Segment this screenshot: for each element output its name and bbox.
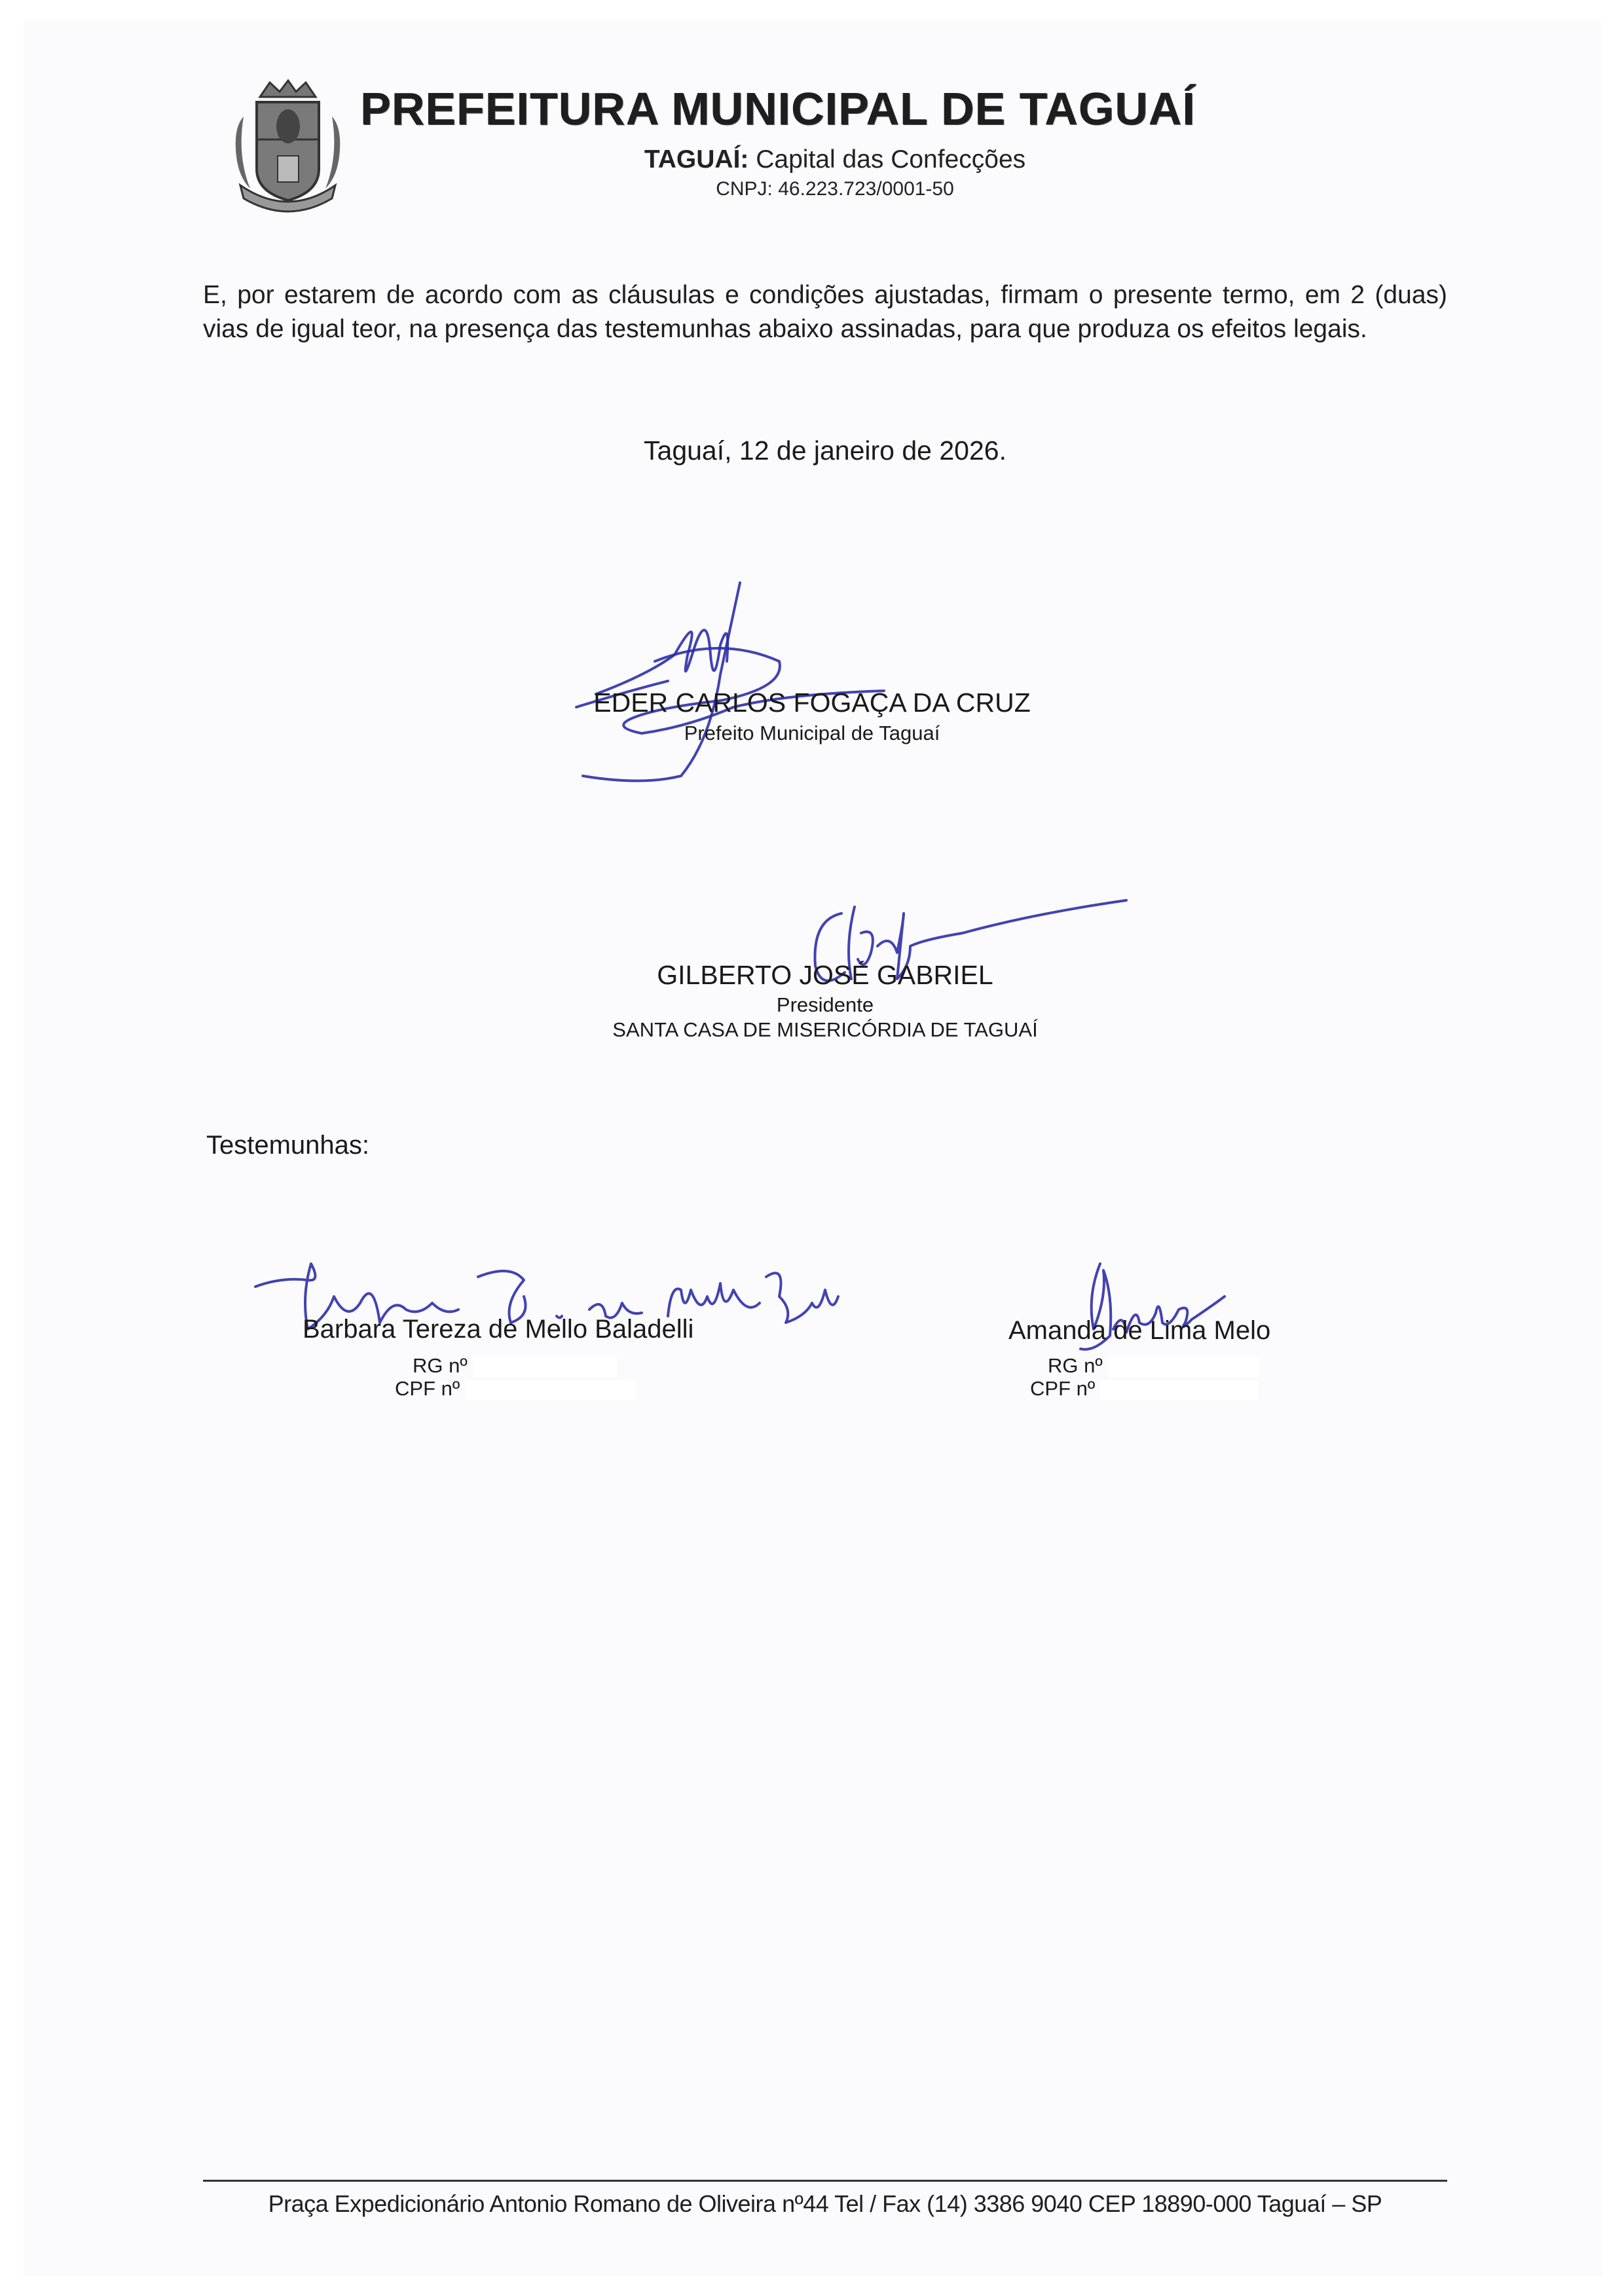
slogan-city: TAGUAÍ: [644, 145, 749, 174]
header-cnpj: CNPJ: 46.223.723/0001-50 [360, 178, 1310, 200]
cpf-label: CPF nº [395, 1377, 460, 1400]
witness-rg: RG nº [413, 1354, 617, 1378]
signatory-name: EDER CARLOS FOGAÇA DA CRUZ [563, 688, 1061, 718]
footer-divider [203, 2180, 1447, 2182]
witness-cpf: CPF nº [395, 1377, 636, 1401]
rg-label: RG nº [413, 1354, 468, 1377]
witnesses-label: Testemunhas: [206, 1131, 369, 1160]
redacted-field [1108, 1357, 1259, 1377]
witness-name: Amanda de Lima Melo [1008, 1316, 1270, 1346]
closing-paragraph: E, por estarem de acordo com as cláusula… [203, 278, 1447, 346]
header-slogan: TAGUAÍ: Capital das Confecções [360, 145, 1310, 174]
cpf-label: CPF nº [1030, 1377, 1095, 1400]
witness-cpf: CPF nº [1030, 1377, 1258, 1401]
witness-rg: RG nº [1048, 1354, 1259, 1378]
witness-name: Barbara Tereza de Mello Baladelli [303, 1315, 693, 1344]
signatory-role: Presidente [576, 993, 1074, 1017]
redacted-field [466, 1380, 636, 1400]
signature-mayor [570, 576, 936, 786]
coat-of-arms-icon [231, 77, 345, 215]
redacted-field [473, 1357, 617, 1377]
footer-address: Praça Expedicionário Antonio Romano de O… [203, 2190, 1447, 2218]
rg-label: RG nº [1048, 1354, 1103, 1377]
signatory-name: GILBERTO JOSÉ GABRIEL [576, 960, 1074, 991]
page-title: PREFEITURA MUNICIPAL DE TAGUAÍ [360, 83, 1310, 135]
redacted-field [1101, 1380, 1258, 1400]
document-date: Taguaí, 12 de janeiro de 2026. [203, 435, 1447, 466]
signatory-role: Prefeito Municipal de Taguaí [563, 722, 1061, 745]
slogan-text: Capital das Confecções [748, 145, 1025, 174]
signatory-organization: SANTA CASA DE MISERICÓRDIA DE TAGUAÍ [576, 1018, 1074, 1042]
